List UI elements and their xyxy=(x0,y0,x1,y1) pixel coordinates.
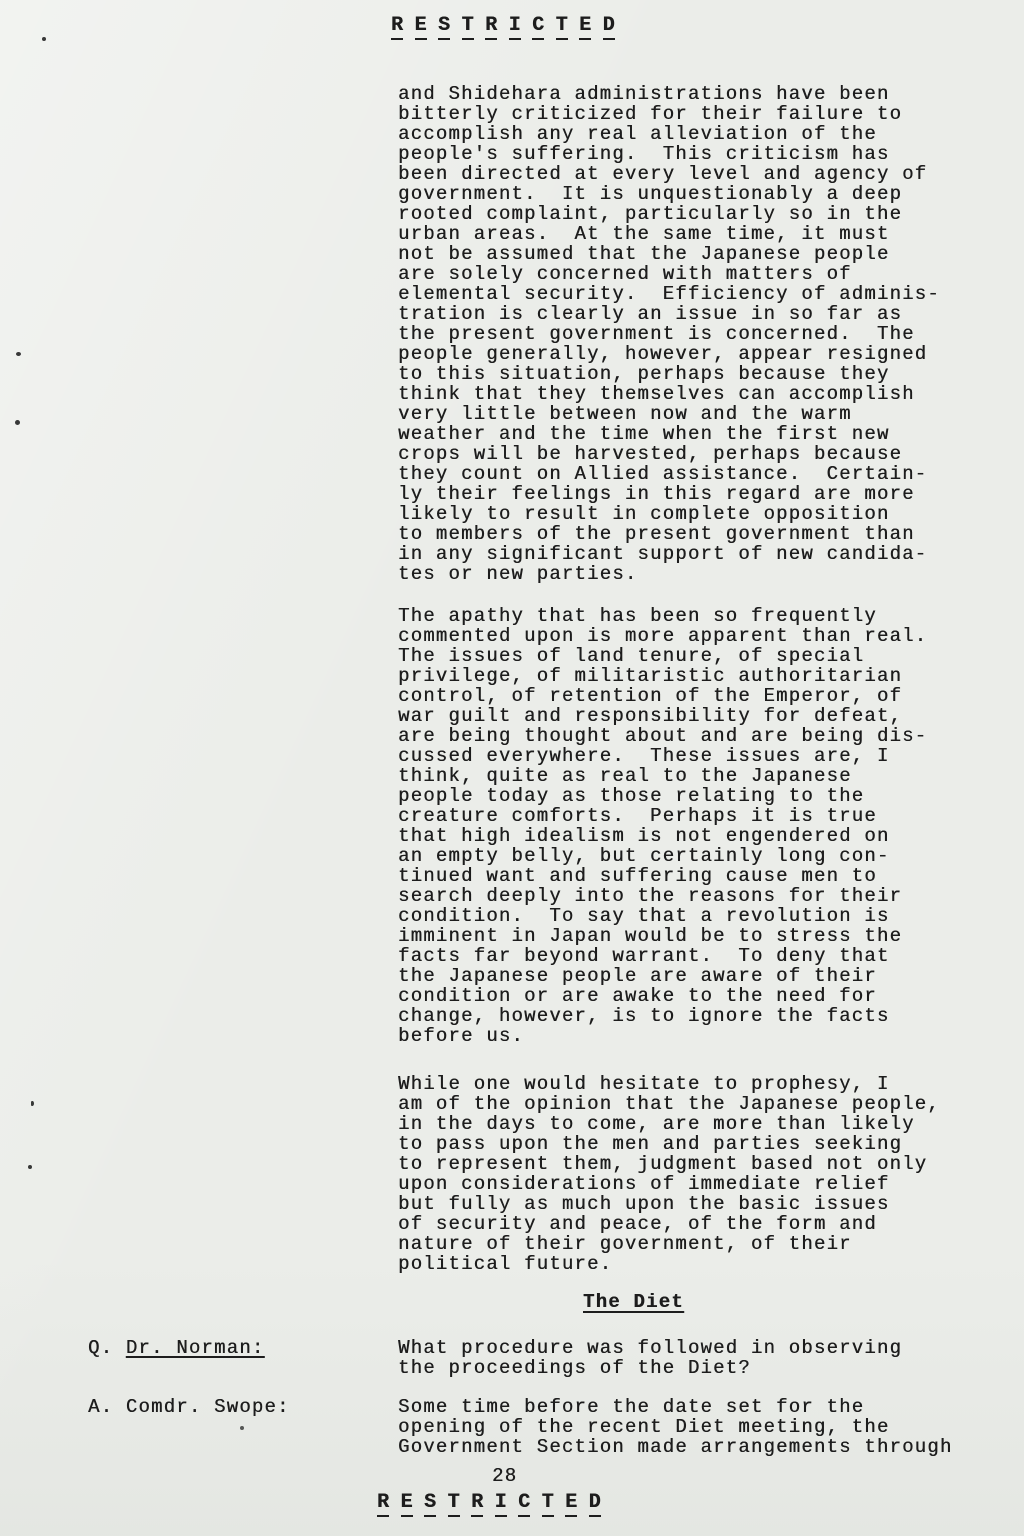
answer-text: Some time before the date set for theope… xyxy=(398,1397,978,1457)
question-speaker-label: Q. Dr. Norman: xyxy=(88,1338,264,1358)
answer-speaker-name: Comdr. Swope: xyxy=(126,1396,290,1418)
paragraph: and Shidehara administrations have beenb… xyxy=(398,84,938,584)
answer-prefix: A. xyxy=(88,1396,126,1418)
question-speaker-name: Dr. Norman: xyxy=(126,1337,265,1359)
answer-speaker-label: A. Comdr. Swope: xyxy=(88,1397,290,1417)
ink-speck xyxy=(28,1165,32,1169)
document-page: RESTRICTED and Shidehara administrations… xyxy=(0,0,1024,1536)
classification-header: RESTRICTED xyxy=(391,15,615,40)
page-number: 28 xyxy=(492,1466,517,1486)
question-prefix: Q. xyxy=(88,1337,126,1359)
section-heading-the-diet: The Diet xyxy=(583,1292,684,1312)
paragraph: The apathy that has been so frequentlyco… xyxy=(398,606,938,1046)
ink-speck xyxy=(15,420,20,425)
ink-speck xyxy=(16,352,21,356)
ink-speck xyxy=(240,1426,244,1430)
body-text: and Shidehara administrations have beenb… xyxy=(398,84,938,1274)
question-text: What procedure was followed in observing… xyxy=(398,1338,978,1378)
classification-footer: RESTRICTED xyxy=(377,1492,601,1517)
paragraph: While one would hesitate to prophesy, Ia… xyxy=(398,1074,938,1274)
ink-speck xyxy=(31,1101,34,1106)
ink-speck xyxy=(42,37,46,41)
